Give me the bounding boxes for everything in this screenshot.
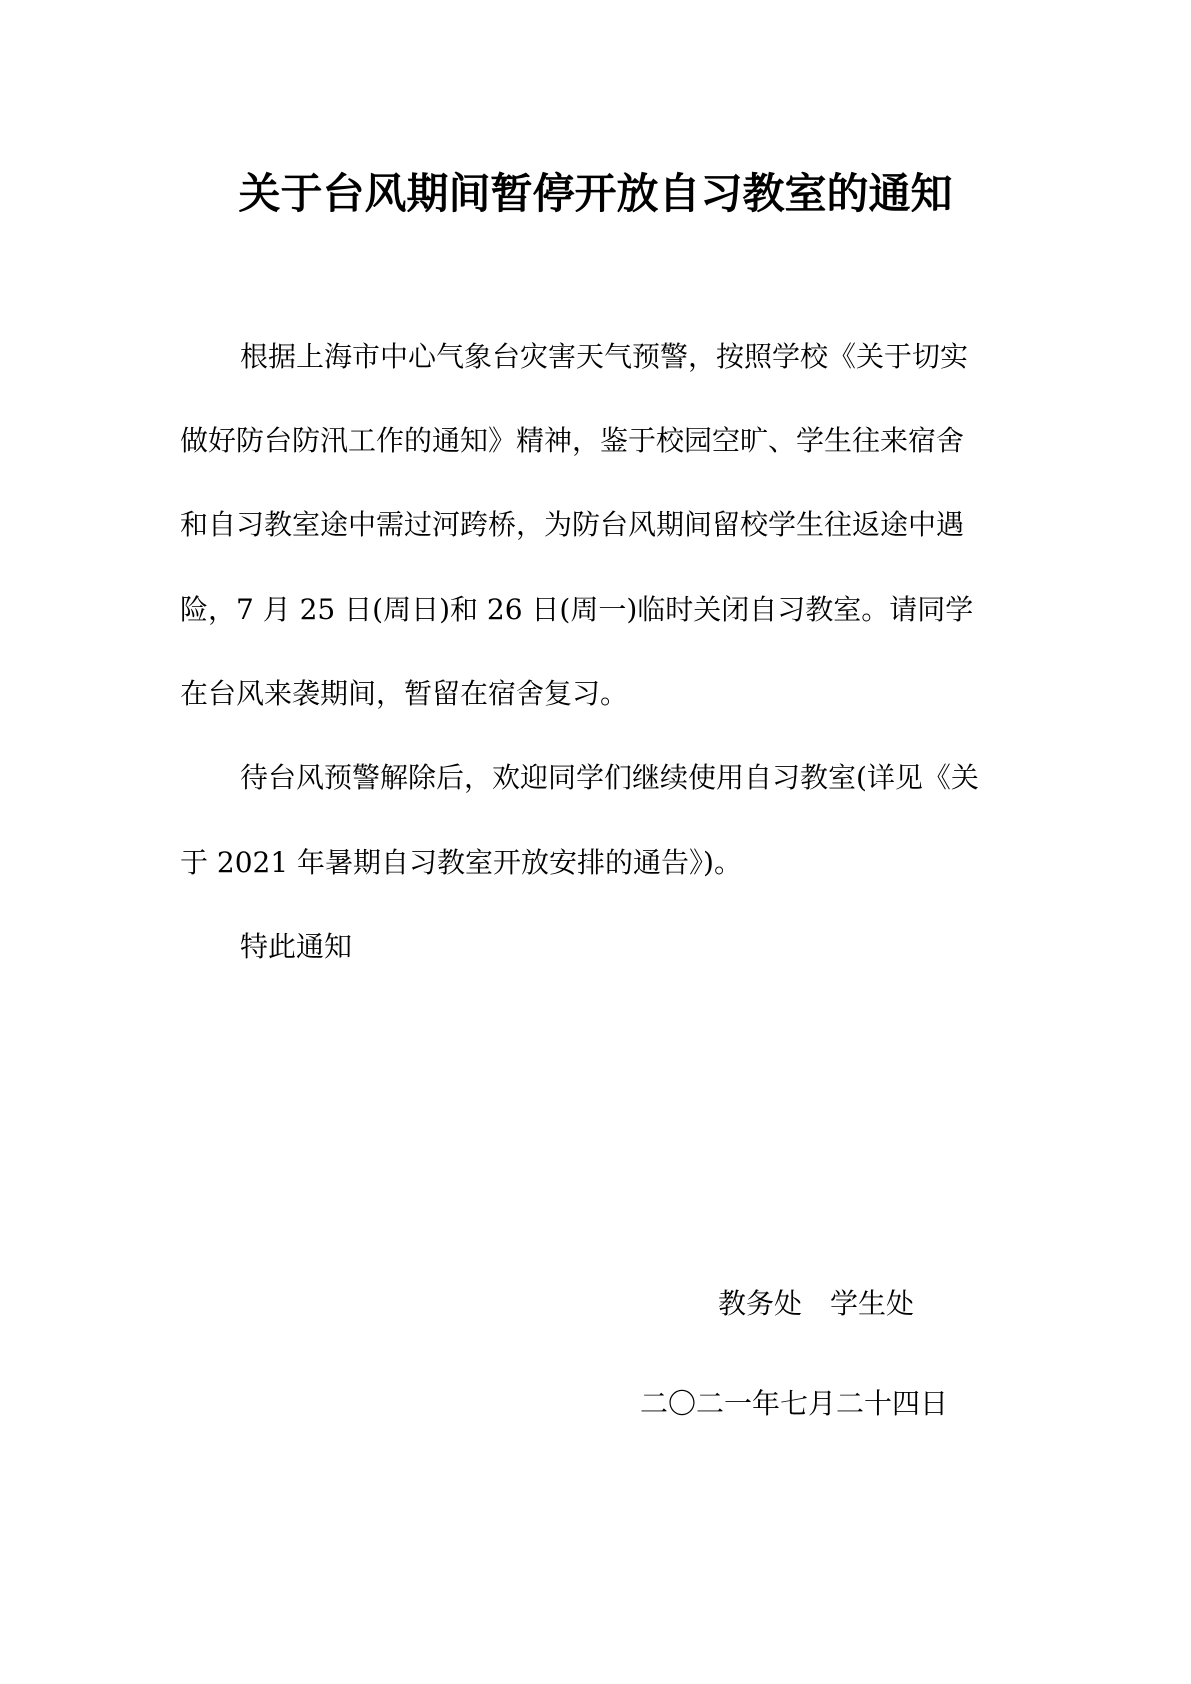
body-line-2: 做好防台防汛工作的通知》精神，鉴于校园空旷、学生往来宿舍: [180, 421, 964, 461]
signature-departments: 教务处 学生处: [718, 1284, 914, 1324]
body-line-1: 根据上海市中心气象台灾害天气预警，按照学校《关于切实: [240, 337, 968, 377]
body-line-5: 在台风来袭期间，暂留在宿舍复习。: [180, 674, 628, 714]
body-line-3: 和自习教室途中需过河跨桥，为防台风期间留校学生往返途中遇: [180, 505, 964, 545]
signature-date: 二〇二一年七月二十四日: [640, 1384, 948, 1424]
body-line-7: 于 2021 年暑期自习教室开放安排的通告》)。: [180, 843, 742, 883]
document-title: 关于台风期间暂停开放自习教室的通知: [0, 166, 1191, 222]
body-line-4: 险，7 月 25 日(周日)和 26 日(周一)临时关闭自习教室。请同学: [180, 590, 973, 630]
body-line-6: 待台风预警解除后，欢迎同学们继续使用自习教室(详见《关: [240, 758, 979, 798]
closing-line: 特此通知: [240, 927, 352, 967]
